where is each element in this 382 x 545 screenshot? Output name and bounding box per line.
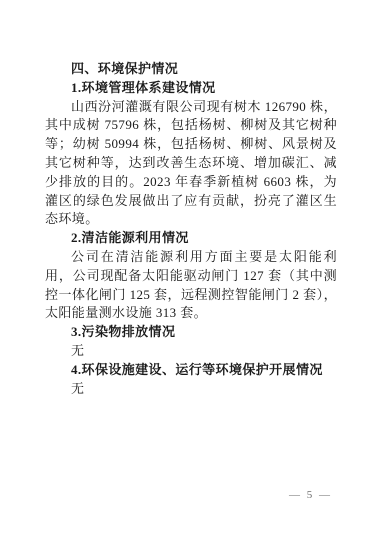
paragraph-environmental-facilities: 无 (45, 380, 337, 399)
subsection-heading-environmental-facilities: 4.环保设施建设、运行等环境保护开展情况 (45, 361, 337, 380)
paragraph-clean-energy: 公司在清洁能源利用方面主要是太阳能利用，公司现配备太阳能驱动闸门 127 套（其… (45, 248, 337, 323)
paragraph-environment-management: 山西汾河灌溉有限公司现有树木 126790 株，其中成树 75796 株，包括杨… (45, 98, 337, 230)
subsection-heading-pollutant-discharge: 3.污染物排放情况 (45, 323, 337, 342)
subsection-heading-clean-energy: 2.清洁能源利用情况 (45, 229, 337, 248)
section-title: 四、环境保护情况 (45, 60, 337, 79)
document-page: 四、环境保护情况 1.环境管理体系建设情况 山西汾河灌溉有限公司现有树木 126… (0, 0, 382, 545)
paragraph-pollutant-discharge: 无 (45, 342, 337, 361)
page-number: — 5 — (289, 489, 332, 501)
subsection-heading-environment-management: 1.环境管理体系建设情况 (45, 79, 337, 98)
document-content: 四、环境保护情况 1.环境管理体系建设情况 山西汾河灌溉有限公司现有树木 126… (45, 60, 337, 398)
